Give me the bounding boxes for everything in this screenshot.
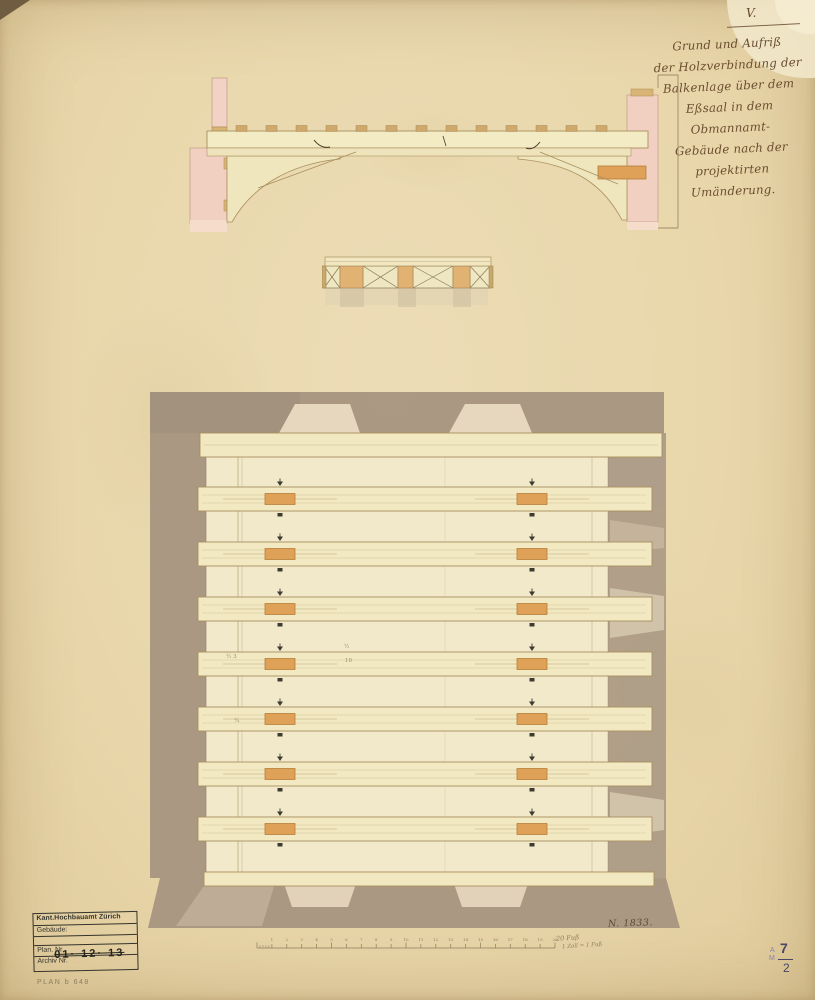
right-wall bbox=[627, 95, 658, 222]
splice-plate bbox=[265, 604, 295, 615]
index-mark: V. bbox=[746, 6, 756, 20]
drawing-sheet: V. Grund und Aufriß der Holzverbindung d… bbox=[0, 0, 815, 1000]
main-beam bbox=[207, 131, 648, 148]
archive-stamp-box: Kant.Hochbauamt Zürich Gebäude: Plan. Nr… bbox=[32, 911, 138, 972]
plan-pencil-annotation: ½ bbox=[344, 643, 349, 650]
scale-bar: 1234567891011121314151617181920 20 Fuß 1… bbox=[254, 934, 594, 970]
beam-end-right bbox=[598, 166, 646, 179]
splice-plate bbox=[517, 659, 547, 670]
splice-plate bbox=[517, 769, 547, 780]
floor-plan-drawing: ½ 3½10¼ bbox=[146, 388, 682, 933]
plan-pencil-note: PLAN b 648 bbox=[37, 979, 90, 986]
splice-plate bbox=[517, 494, 547, 505]
svg-text:13: 13 bbox=[448, 937, 454, 942]
svg-text:19: 19 bbox=[538, 937, 544, 942]
splice-plate bbox=[265, 714, 295, 725]
svg-text:9: 9 bbox=[390, 937, 393, 942]
scale-sub-label: 1 Zoll = 1 Fuß bbox=[562, 942, 603, 951]
svg-text:8: 8 bbox=[375, 937, 378, 942]
splice-plate bbox=[517, 549, 547, 560]
left-pillar bbox=[212, 78, 227, 127]
svg-text:6: 6 bbox=[345, 937, 348, 942]
svg-text:1: 1 bbox=[271, 937, 274, 942]
svg-text:3: 3 bbox=[300, 937, 303, 942]
splice-plate bbox=[265, 824, 295, 835]
svg-text:7: 7 bbox=[360, 937, 363, 942]
svg-text:16: 16 bbox=[493, 937, 499, 942]
beam-detail-drawing bbox=[322, 252, 494, 308]
corner-stamp-number: 2 bbox=[783, 961, 790, 975]
svg-text:5: 5 bbox=[330, 937, 333, 942]
svg-text:10: 10 bbox=[403, 937, 409, 942]
corner-archive-stamp: A M 7 2 bbox=[764, 940, 810, 992]
svg-text:2: 2 bbox=[286, 937, 289, 942]
right-wall-sill bbox=[631, 89, 653, 96]
splice-plate bbox=[517, 714, 547, 725]
number-note: N. 1833. bbox=[608, 917, 653, 930]
splice-plate bbox=[517, 604, 547, 615]
plan-pencil-annotation: ¼ bbox=[234, 717, 240, 724]
left-brace bbox=[227, 156, 340, 222]
scale-bar-svg: 1234567891011121314151617181920 bbox=[254, 934, 564, 954]
svg-text:18: 18 bbox=[523, 937, 529, 942]
corner-stamp-number: 7 bbox=[780, 940, 788, 956]
svg-text:4: 4 bbox=[315, 937, 318, 942]
splice-plate bbox=[265, 659, 295, 670]
corner-stamp-letter: M bbox=[769, 955, 775, 962]
svg-text:17: 17 bbox=[508, 937, 514, 942]
sub-beam bbox=[207, 148, 631, 156]
plan-pencil-annotation: ½ 3 bbox=[226, 653, 237, 660]
left-wall bbox=[190, 148, 227, 224]
splice-plate bbox=[265, 769, 295, 780]
svg-text:12: 12 bbox=[433, 937, 439, 942]
section-elevation-drawing bbox=[188, 72, 680, 238]
bottom-rail-beam bbox=[204, 872, 654, 886]
splice-plate bbox=[517, 824, 547, 835]
scale-end-label: 20 Fuß bbox=[556, 933, 580, 943]
sheet-corner-shadow bbox=[0, 0, 30, 20]
splice-plate bbox=[265, 494, 295, 505]
svg-text:14: 14 bbox=[463, 937, 469, 942]
corner-stamp-letter: A bbox=[770, 947, 775, 954]
splice-plate bbox=[265, 549, 295, 560]
svg-text:15: 15 bbox=[478, 937, 484, 942]
stamp-archive-number: 01· 12· 13 bbox=[54, 947, 124, 961]
svg-text:11: 11 bbox=[418, 937, 423, 942]
plan-pencil-annotation: 10 bbox=[345, 658, 352, 664]
